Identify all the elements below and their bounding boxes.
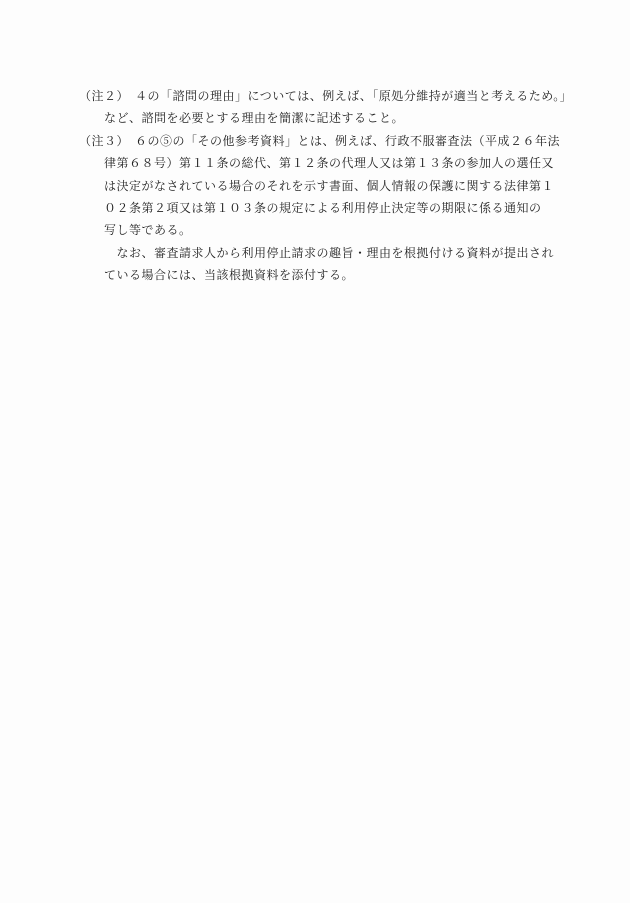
note-3: （注３） ６の⑤の「その他参考資料」とは、例えば、行政不服審査法（平成２６年法 … [0,130,630,287]
note-2: （注２） ４の「諮問の理由」については、例えば、「原処分維持が適当と考えるため。… [0,85,630,130]
note-line: ６の⑤の「その他参考資料」とは、例えば、行政不服審査法（平成２６年法 [135,130,630,152]
document-page: （注２） ４の「諮問の理由」については、例えば、「原処分維持が適当と考えるため。… [0,0,630,903]
note-line: ０２条第２項又は第１０３条の規定による利用停止決定等の期限に係る通知の [104,197,630,219]
note-2-label: （注２） [79,85,129,107]
note-3-label: （注３） [79,130,129,152]
notes-block: （注２） ４の「諮問の理由」については、例えば、「原処分維持が適当と考えるため。… [0,85,630,287]
note-line: なお、審査請求人から利用停止請求の趣旨・理由を根拠付ける資料が提出され [104,242,630,264]
note-line: 写し等である。 [104,219,630,241]
note-line: 律第６８号）第１１条の総代、第１２条の代理人又は第１３条の参加人の選任又 [104,152,630,174]
note-line: など、諮問を必要とする理由を簡潔に記述すること。 [104,107,630,129]
note-line: ている場合には、当該根拠資料を添付する。 [104,264,630,286]
note-line: は決定がなされている場合のそれを示す書面、個人情報の保護に関する法律第１ [104,175,630,197]
note-line: ４の「諮問の理由」については、例えば、「原処分維持が適当と考えるため。」 [135,85,630,107]
